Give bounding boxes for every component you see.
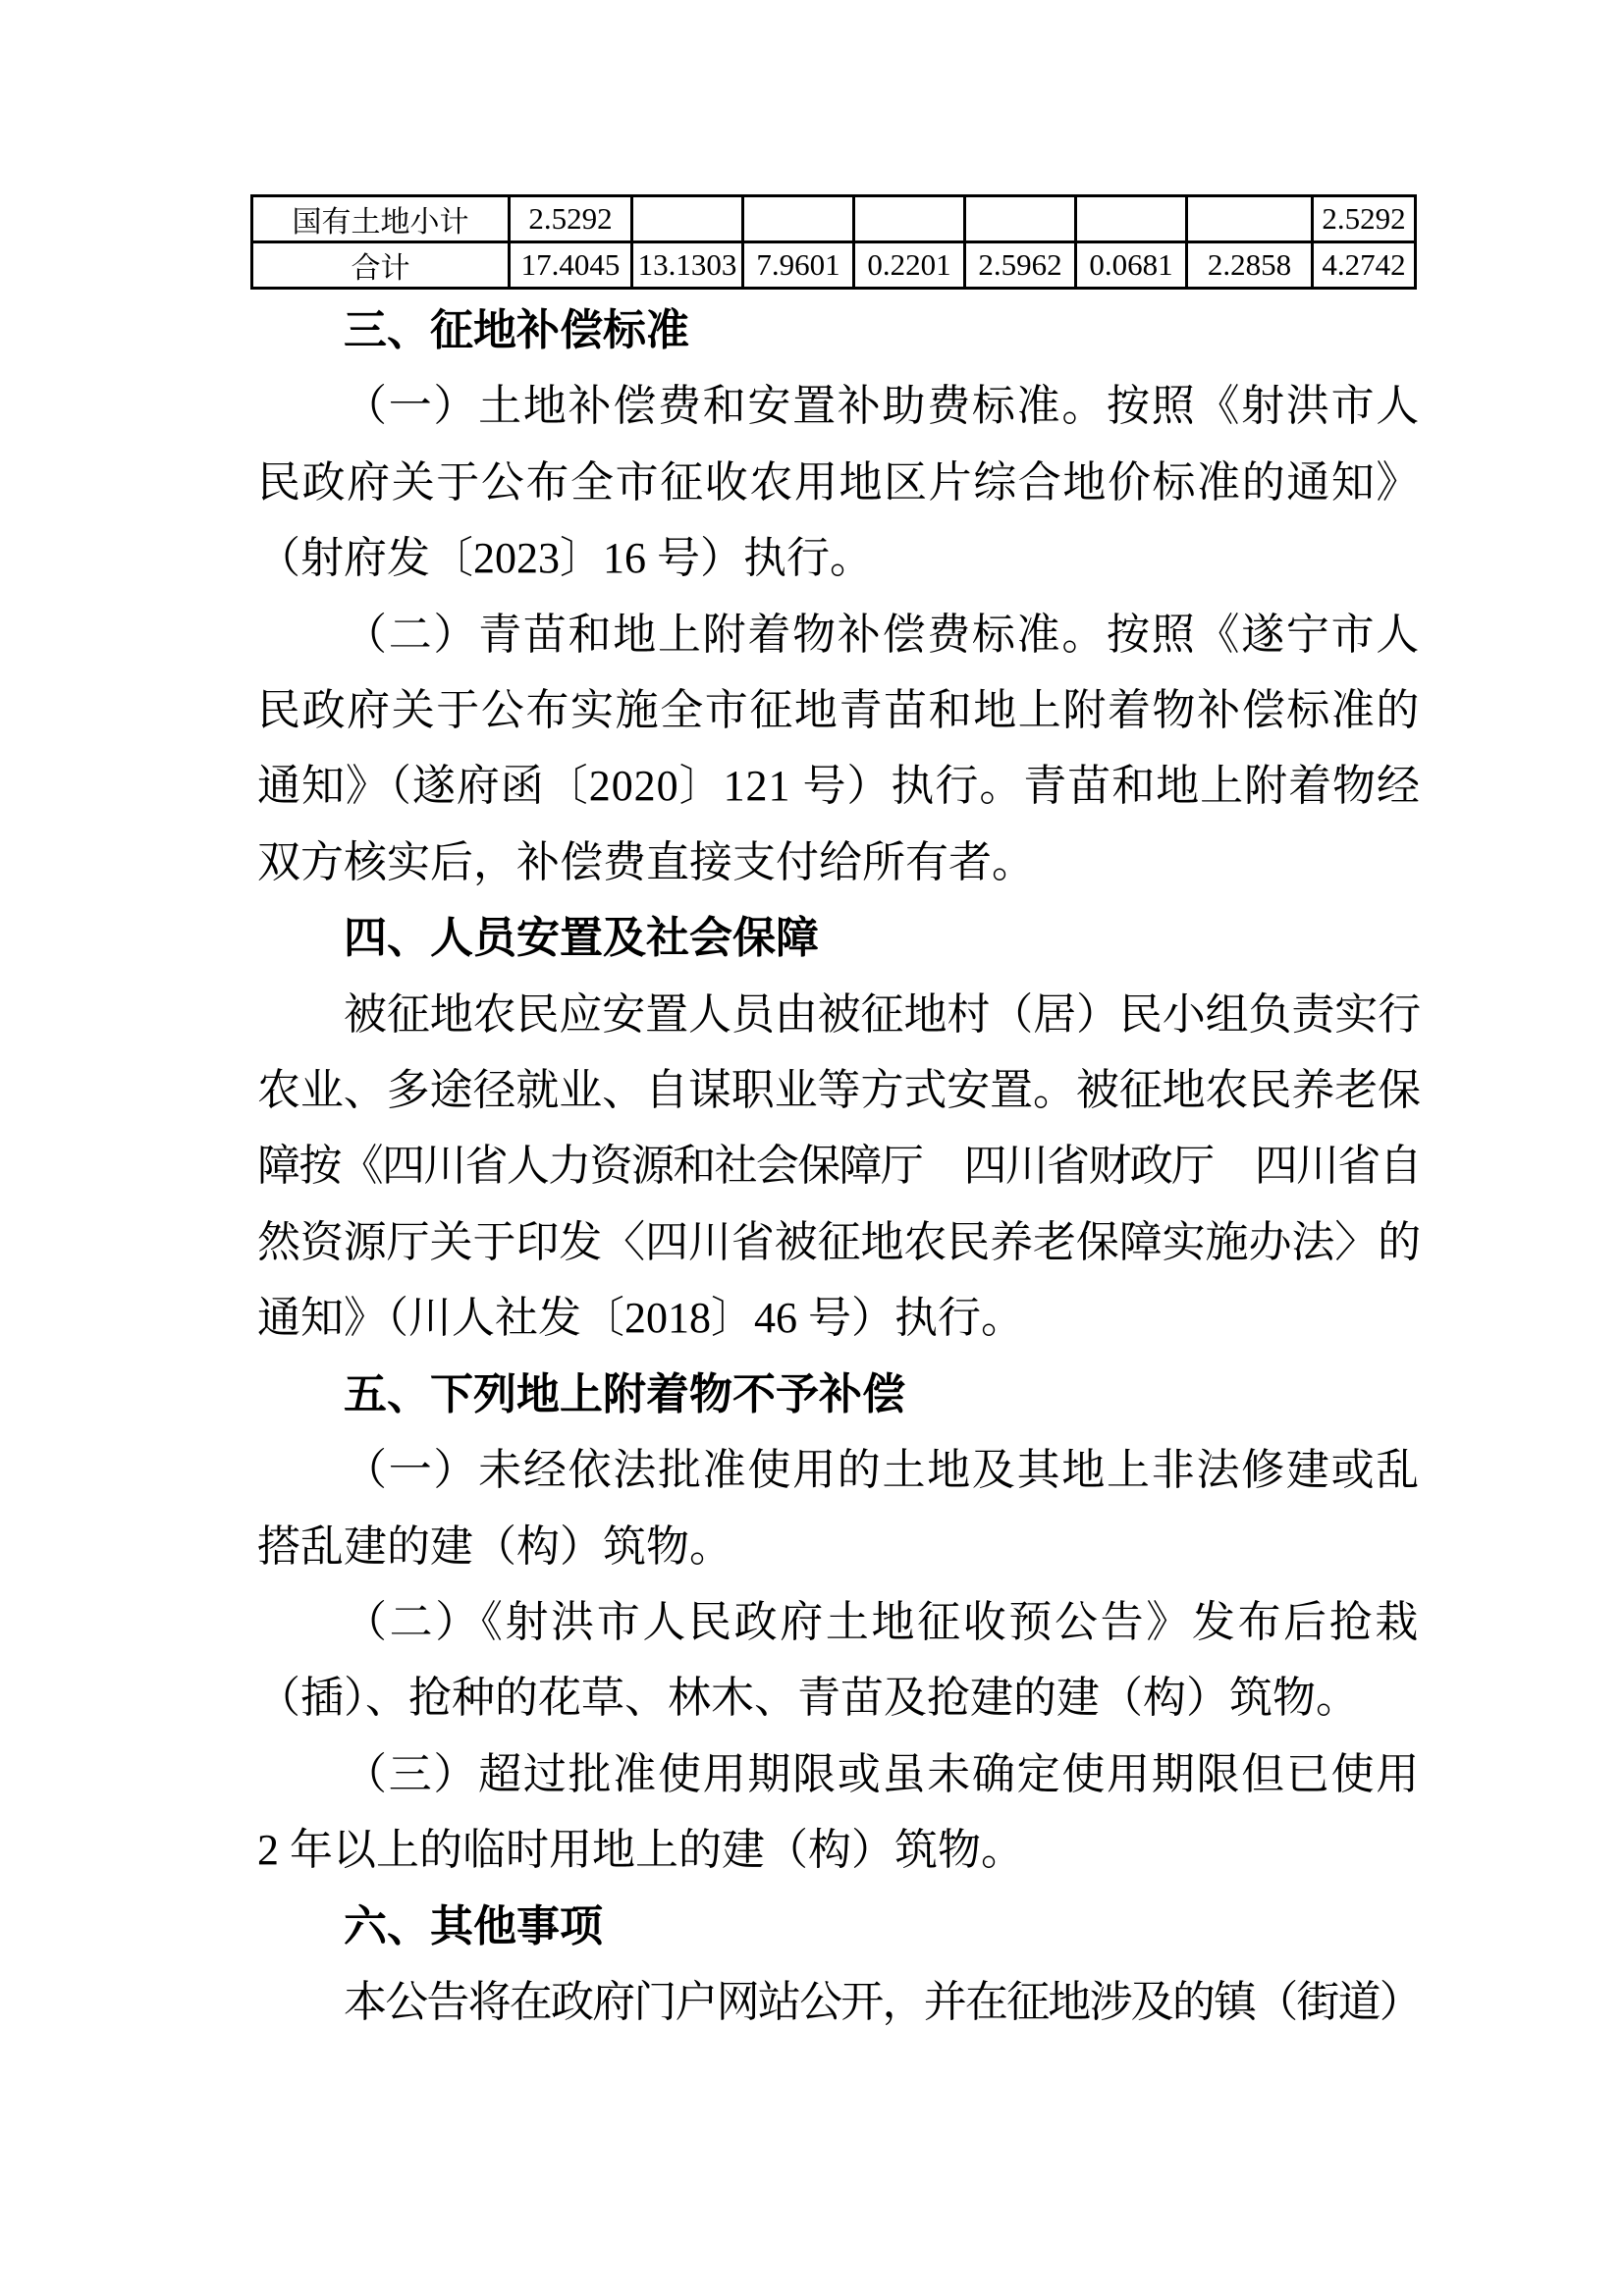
document-page: 国有土地小计2.52922.5292合计17.404513.13037.9601… — [0, 0, 1624, 2296]
paragraph-line: （二）青苗和地上附着物补偿费标准。按照《遂宁市人 — [257, 597, 1421, 672]
table-value-cell: 2.5292 — [1313, 196, 1416, 242]
table-value-cell: 0.2201 — [854, 242, 965, 289]
paragraph-line: 通知》（川人社发〔2018〕46 号）执行。 — [257, 1280, 1421, 1356]
paragraph-line: 被征地农民应安置人员由被征地村（居）民小组负责实行 — [257, 977, 1421, 1052]
paragraph-line: （射府发〔2023〕16 号）执行。 — [257, 520, 1421, 596]
section-heading: 六、其他事项 — [257, 1889, 1421, 1964]
document-body: 三、征地补偿标准（一）土地补偿费和安置补助费标准。按照《射洪市人民政府关于公布全… — [257, 293, 1421, 2040]
table-row: 合计17.404513.13037.96010.22012.59620.0681… — [252, 242, 1416, 289]
paragraph-line: 民政府关于公布实施全市征地青苗和地上附着物补偿标准的 — [257, 672, 1421, 748]
section-heading: 三、征地补偿标准 — [257, 293, 1421, 368]
table-value-cell — [965, 196, 1076, 242]
table-value-cell — [1076, 196, 1187, 242]
paragraph-line: 搭乱建的建（构）筑物。 — [257, 1509, 1421, 1584]
paragraph-line: 然资源厅关于印发〈四川省被征地农民养老保障实施办法〉的 — [257, 1204, 1421, 1280]
table-value-cell: 4.2742 — [1313, 242, 1416, 289]
section-heading: 五、下列地上附着物不予补偿 — [257, 1357, 1421, 1432]
table-value-cell: 0.0681 — [1076, 242, 1187, 289]
paragraph-line: （插）、抢种的花草、林木、青苗及抢建的建（构）筑物。 — [257, 1660, 1421, 1735]
paragraph-line: 本公告将在政府门户网站公开，并在征地涉及的镇（街道） — [257, 1964, 1421, 2040]
table-value-cell — [743, 196, 854, 242]
paragraph-line: 通知》（遂府函〔2020〕121 号）执行。青苗和地上附着物经 — [257, 748, 1421, 824]
table-value-cell: 7.9601 — [743, 242, 854, 289]
paragraph-line: （三）超过批准使用期限或虽未确定使用期限但已使用 — [257, 1736, 1421, 1812]
summary-table-body: 国有土地小计2.52922.5292合计17.404513.13037.9601… — [252, 196, 1416, 289]
paragraph-line: 障按《四川省人力资源和社会保障厅 四川省财政厅 四川省自 — [257, 1128, 1421, 1203]
table-row: 国有土地小计2.52922.5292 — [252, 196, 1416, 242]
table-value-cell: 13.1303 — [632, 242, 743, 289]
table-value-cell — [632, 196, 743, 242]
table-value-cell: 2.2858 — [1187, 242, 1313, 289]
table-value-cell — [1187, 196, 1313, 242]
paragraph-line: （一）未经依法批准使用的土地及其地上非法修建或乱 — [257, 1432, 1421, 1508]
table-value-cell: 2.5292 — [510, 196, 632, 242]
paragraph-line: （一）土地补偿费和安置补助费标准。按照《射洪市人 — [257, 368, 1421, 444]
table-row-label: 合计 — [252, 242, 510, 289]
paragraph-line: （二）《射洪市人民政府土地征收预公告》发布后抢栽 — [257, 1584, 1421, 1660]
land-area-summary-table: 国有土地小计2.52922.5292合计17.404513.13037.9601… — [250, 194, 1417, 290]
table-value-cell — [854, 196, 965, 242]
paragraph-line: 民政府关于公布全市征收农用地区片综合地价标准的通知》 — [257, 445, 1421, 520]
paragraph-line: 双方核实后，补偿费直接支付给所有者。 — [257, 825, 1421, 900]
table-row-label: 国有土地小计 — [252, 196, 510, 242]
table-value-cell: 17.4045 — [510, 242, 632, 289]
paragraph-line: 2 年以上的临时用地上的建（构）筑物。 — [257, 1812, 1421, 1888]
table-value-cell: 2.5962 — [965, 242, 1076, 289]
section-heading: 四、人员安置及社会保障 — [257, 900, 1421, 976]
paragraph-line: 农业、多途径就业、自谋职业等方式安置。被征地农民养老保 — [257, 1052, 1421, 1128]
